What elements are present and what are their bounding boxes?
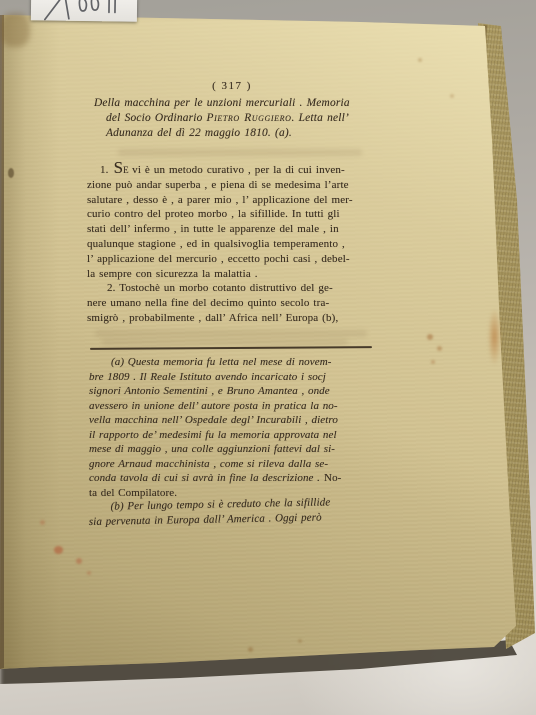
title-line: Della macchina per le unzioni mercuriali… (94, 96, 398, 111)
text-line: 2. Tostochè un morbo cotanto distruttivo… (87, 281, 387, 296)
text-line: gnore Arnaud macchinista , come si rilev… (89, 457, 389, 472)
text-line: smigrò , probabilmente , dall’ Africa ne… (87, 311, 387, 326)
text-line: bre 1809 . Il Reale Istituto avendo inca… (89, 370, 389, 385)
author-name: Pietro Ruggiero (207, 112, 292, 124)
page-number: ( 317 ) (86, 80, 378, 92)
text-line: (a) Questa memoria fu letta nel mese di … (89, 355, 389, 370)
text-line: salutare , desso è , a parer mio , l’ ap… (87, 193, 387, 208)
title-line: del Socio Ordinario Pietro Ruggiero. Let… (94, 111, 398, 126)
article-title: Della macchina per le unzioni mercuriali… (94, 96, 398, 141)
title-line: Adunanza del dì 22 maggio 1810. (a). (94, 126, 398, 141)
page-content: ( 317 ) Della macchina per le unzioni me… (0, 0, 536, 715)
footnote-b: (b) Per lungo tempo si è creduto che la … (88, 494, 389, 529)
text-line: il rapporto de’ medesimi fu la memoria a… (89, 428, 389, 443)
text-line: conda tavola di cui si avrà in fine la d… (89, 471, 389, 486)
footnote-rule (90, 346, 372, 350)
text-line: vella macchina nell’ Ospedale degl’ Incu… (89, 413, 389, 428)
text-line: curio contro del proteo morbo , la sifil… (87, 207, 387, 222)
paragraph-1: 1.SEvi è un metodo curativo , per la di … (87, 163, 387, 281)
paragraph-2: 2. Tostochè un morbo cotanto distruttivo… (87, 281, 387, 325)
text-line: avessero in unione dell’ autore posta in… (89, 399, 389, 414)
text-line: mese di maggio , una colle aggiunzioni f… (89, 442, 389, 457)
book-photo: ( 317 ) Della macchina per le unzioni me… (0, 0, 536, 715)
text-line: la sempre con sicurezza la malattia . (87, 267, 387, 282)
drop-cap: S (114, 158, 124, 177)
text-line: 1.SEvi è un metodo curativo , per la di … (87, 163, 387, 178)
text-line: stati dell’ infermo , in tutte le appare… (87, 222, 387, 237)
text-line: nere umano nella fine del decimo quinto … (87, 296, 387, 311)
text-line: signori Antonio Sementini , e Bruno Aman… (89, 384, 389, 399)
text-line: zione può andar superba , e piena di se … (87, 178, 387, 193)
text-line: l’ applicazione del mercurio , eccetto p… (87, 252, 387, 267)
text-line: qualunque stagione , ed in qualsivoglia … (87, 237, 387, 252)
footnote-a: (a) Questa memoria fu letta nel mese di … (89, 355, 389, 500)
